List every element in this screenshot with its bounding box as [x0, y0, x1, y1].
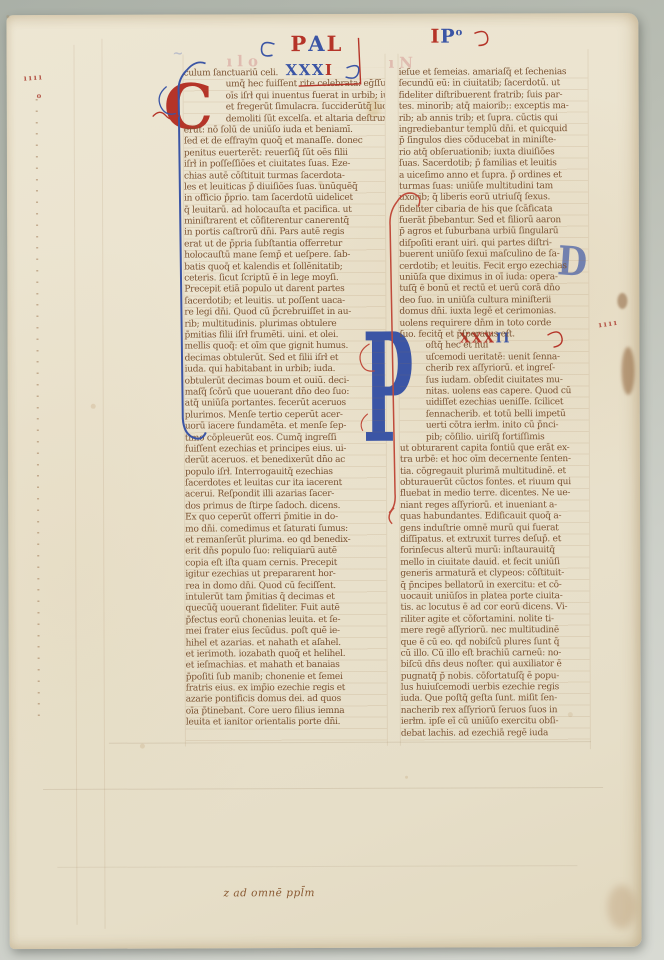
text-line: tes. minorib; atq̄ maiorib;: exceptis ma…	[399, 101, 588, 113]
text-line: quas habundantes. Edificauit quoq̄ a-	[400, 511, 589, 523]
text-line: ſecundū eū: in ciuitatib; ſacerdotū. ut	[399, 78, 588, 90]
text-line: mellis quoq̄: et oīm que gignit humus.	[185, 341, 386, 353]
text-line: erat ut de p̄pria ſubſtantia offerretur	[184, 239, 385, 251]
text-line: mere regē aſſyriorū. nec multitudinē	[401, 625, 590, 637]
fold-line	[43, 787, 603, 790]
quire-mark-right: ıııı	[598, 317, 619, 330]
text-line: lus huiuſcemodi uerbis ezechie regis	[401, 682, 590, 694]
stain	[622, 347, 635, 395]
text-line: umq̄ hec fuiſſent rite celebrata: eḡſſus…	[184, 79, 385, 91]
text-line: domus dn̄i. iuxta legē et cerimonias.	[399, 306, 588, 318]
text-line: plurimos. Menſe tertio ceperūt acer-	[185, 410, 386, 422]
text-line: biſcū dn̄s deus noſter. qui auxiliator ē	[401, 659, 590, 671]
text-line: tuſq̄ ē bonū et rectū et uerū corā dn̄o	[399, 283, 588, 295]
text-line: acerui. Reſpondit illi azarias ſacer-	[185, 489, 386, 501]
manuscript-leaf: ~ ılo PAL ıN IPo XXXI XXXII C P D culum …	[6, 13, 641, 949]
colored-letter: L	[327, 31, 344, 56]
text-line: p̄fectus eorū chonenias leuita. et ſe-	[185, 615, 386, 627]
p-initial-flourish-bottom-icon	[389, 508, 394, 524]
running-title-left: PAL	[290, 31, 343, 56]
text-line: ingrediebantur templū dn̄i. et quicquid	[399, 124, 588, 136]
text-line: fuiſſent ezechias et principes eius. ui-	[185, 444, 386, 456]
text-line: niant reges aſſyriorū. et inueniant a-	[400, 500, 589, 512]
text-line: hihel et azarias. et nahath et aſahel.	[186, 637, 387, 649]
text-line: oīs iſrł qui inuentus fuerat in urbib; i…	[184, 91, 385, 103]
running-title-letter-p: P	[440, 26, 455, 48]
text-line: ierłm. ipſe eī cū uniūſo exercitu obſi-	[401, 716, 590, 728]
text-line: obtulerūt decimas boum et ouiū. deci-	[185, 375, 386, 387]
stain	[607, 885, 635, 929]
text-line: erūt: nō ſolū de uniūſo iuda et beniamī.	[184, 125, 385, 137]
quire-mark-left-o: o	[37, 91, 44, 100]
text-line: tis. ac locutus ē ad cor eorū dicens. Vi…	[400, 602, 589, 614]
text-line: p̄ agros et ſuburbana urbiū ſingularū	[399, 227, 588, 239]
fold-line	[57, 865, 577, 868]
text-line: cherib rex aſſyriorū. et ingreſ-	[400, 363, 589, 375]
text-line: ſuo. fecitq̄ et p̄ſperatus eſt.	[399, 329, 588, 341]
flourish-curl-icon	[261, 43, 274, 56]
text-line: et remanſerūt plurima. eo qd̄ benedix-	[185, 535, 386, 547]
text-line: buerent uniūſo ſexui maſculino de ſa-	[399, 249, 588, 261]
text-line: ieſue et ſemeias. amariaſq̄ et ſechenias	[399, 67, 588, 79]
text-line: uerti cōtra ierłm. inito cū p̄nci-	[400, 420, 589, 432]
offset-flourish-faint: ~	[172, 46, 183, 61]
text-line: chias autē cōſtituit turmas ſacerdota-	[184, 170, 385, 182]
text-line: fuerāt p̄bebantur. Sed et filiorū aaron	[399, 215, 588, 227]
text-line: rio atq̄ obſeruationib; iuxta diuiſiōes	[399, 147, 588, 159]
text-line: azarie pontificis domus dei. ad quos	[186, 694, 387, 706]
text-line: uorū iacere fundamēta. et menſe ſep-	[185, 421, 386, 433]
text-line: erit dn̄s populo ſuo: reliquiarū autē	[185, 546, 386, 558]
text-line: populo iſrł. Interrogauitq̄ ezechias	[185, 466, 386, 478]
text-line: culum ſanctuariū celi.	[184, 68, 385, 80]
text-line: re legi dn̄i. Quod cū p̄crebruiſſet in a…	[184, 307, 385, 319]
text-line: rib; ab annis trib; et ſupra. cūctis qui	[399, 113, 588, 125]
pricking-holes	[36, 99, 40, 717]
text-line: cū illo. Cū illo eſt brachiū carneū: no-	[401, 648, 590, 660]
text-line: ſennacherib. et totū belli impetū	[400, 409, 589, 421]
ruling-line-vertical	[101, 39, 105, 929]
running-title-letter-i: I	[430, 26, 440, 48]
text-line: nitas. uolens eas capere. Quod cū	[400, 386, 589, 398]
text-line: batis quoq̄ et kalendis et ſollēnitatib;	[184, 261, 385, 273]
text-line: riliter agite et cōfortamini. nolite ti-	[400, 614, 589, 626]
text-line: p̄mitias filii iſrł frumēti. uini. et ol…	[184, 330, 385, 342]
text-line: tra urbē: et hoc oīm decernente ſenten-	[400, 454, 589, 466]
text-line: uniūſa que diximus in oī iuda: opera-	[399, 272, 588, 284]
text-line: oſtq̄ hec et hui	[400, 340, 589, 352]
text-line: in officio p̄prio. tam ſacerdotū uidelic…	[184, 193, 385, 205]
text-line: Ex quo ceperūt offerri p̄mitie in do-	[185, 512, 386, 524]
text-line: fideliter cibaria de his que ſcāficata	[399, 204, 588, 216]
text-line: debat lachis. ad ezechiā regē iuda	[401, 728, 590, 740]
text-line: ſacerdotes et leuitas cur ita iacerent	[185, 478, 386, 490]
text-line: et ieſmachias. et mahath et banaias	[186, 660, 387, 672]
text-line: rea in domo dn̄i. Quod cū feciſſent.	[185, 580, 386, 592]
text-line: mello in ciuitate dauid. et fecit uniūſi	[400, 557, 589, 569]
text-line: deo ſuo. in uniūſa cultura miniſterii	[399, 295, 588, 307]
text-line: derūt aceruos. et benedixerūt dn̄o ac	[185, 455, 386, 467]
text-line: atq̄ uniūſa portantes. fecerūt aceruos	[185, 398, 386, 410]
text-line: diſſipatus. et extruxit turres deſup̄. e…	[400, 534, 589, 546]
text-line: les et leuiticas p̄ diuiſiōes ſuas. unūq…	[184, 182, 385, 194]
text-line: diſpoſiti erant uiri. qui partes diſtri-	[399, 238, 588, 250]
text-line: holocauſtū mane ſemp̄ et ueſpere. ſab-	[184, 250, 385, 262]
text-line: iuda. qui habitabant in urbib; iuda.	[185, 364, 386, 376]
text-line: ſacerdotib; et leuitis. ut poſſent uaca-	[184, 296, 385, 308]
text-line: ceteris. ſicut ſcriptū ē in lege moyſi.	[184, 273, 385, 285]
text-line: mo dn̄i. comedimus et ſaturati ſumus:	[185, 523, 386, 535]
text-line: miniſtrarent et cōfiterentur canerentq̄	[184, 216, 385, 228]
text-line: nacherib rex aſſyriorū ſeruos ſuos in	[401, 705, 590, 717]
text-line: rib; multitudinis. plurimas obtulere	[184, 318, 385, 330]
text-line: fratris eius. ex imp̄io ezechie regis et	[186, 683, 387, 695]
text-line: generis armaturā et clypeos: cōſtituit-	[400, 568, 589, 580]
text-line: Precepit etiā populo ut darent partes	[184, 284, 385, 296]
text-line: fideliter diſtribuerent fratrib; ſuis pa…	[399, 90, 588, 102]
text-line: igitur ezechias ut prepararent hor-	[185, 569, 386, 581]
text-line: uſcemodi ueritatē: uenit ſenna-	[400, 352, 589, 364]
text-line: ut obturarent capita fontiū que erāt ex-	[400, 443, 589, 455]
text-line: oīa p̄tinebant. Core uero filius iemna	[186, 706, 387, 718]
ruling-line-vertical	[73, 45, 77, 925]
text-line: obturauerūt cūctos fontes. et riuum qui	[400, 477, 589, 489]
text-line: et fregerūt ſimulacra. ſucciderūtq̄ luco…	[184, 102, 385, 114]
column-left: culum ſanctuariū celi.umq̄ hec fuiſſent …	[184, 68, 387, 747]
text-line: turmas ſuas: uniūſe multitudini tam	[399, 181, 588, 193]
text-line: cerdotib; et leuitis. Fecit ergo ezechia…	[399, 261, 588, 273]
foxing-spots	[6, 15, 9, 18]
text-line: iuda. Que poſtq̄ geſta ſunt. miſit ſen-	[401, 694, 590, 706]
text-line: uocauit uniūſos in platea porte ciuita-	[400, 591, 589, 603]
text-line: q̄ leuitarū. ad holocauſta et pacifica. …	[184, 204, 385, 216]
text-line: dos primus de ſtirpe ſadoch. dicens.	[185, 501, 386, 513]
text-line: copia eſt iſta quam cernis. Precepit	[185, 558, 386, 570]
text-line: in portis caſtrorū dn̄i. Pars autē regis	[184, 227, 385, 239]
colored-letter: P	[290, 31, 308, 56]
text-line: demoliti ſūt excelſa. et altaria deſtrux…	[184, 113, 385, 125]
text-line: timo cōpleuerūt eos. Cumq̄ ingreſſi	[185, 432, 386, 444]
text-line: que ē cū eo. qd̄ nobiſcū plures ſunt q̄	[401, 637, 590, 649]
running-title-sup-o: o	[456, 27, 464, 38]
text-line: ſed et de effraym quoq̄ et manaſſe. done…	[184, 136, 385, 148]
text-line: q̄ p̄ncipes bellatorū in exercitu: et cō…	[400, 580, 589, 592]
text-line: pugnatq̄ p̄ nobis. cōfortatuſq̄ ē popu-	[401, 671, 590, 683]
text-line: fluebat in medio terre. dicentes. Ne ue-	[400, 489, 589, 501]
text-line: intulerūt tam p̄mitias q̄ decimas et	[185, 592, 386, 604]
stain	[367, 98, 381, 118]
text-line: quecūq̄ uouerant fideliter. Fuit autē	[185, 603, 386, 615]
text-line: p̄poſiti ſub manib; chonenie et ſemei	[186, 671, 387, 683]
text-line: penitus euerterēt: reuerſiq̄ ſūt oēs fil…	[184, 148, 385, 160]
text-line: uolens requirere dn̄m in toto corde	[399, 318, 588, 330]
text-line: ſuas. Sacerdotib; p̄ familias et leuitis	[399, 158, 588, 170]
text-line: mei frater eius ſecūdus. poſt quē ie-	[186, 626, 387, 638]
text-line: gens induſtrie omnē murū qui fuerat	[400, 523, 589, 535]
running-title-right: IPo	[430, 26, 463, 48]
text-line: p̄ ſingulos dies cōducebat in miniſte-	[399, 135, 588, 147]
catchword: z ad omnē ppl̄m	[223, 887, 315, 899]
text-line: leuita et ianitor orientalis porte dn̄i.	[186, 717, 387, 729]
text-line: forinſecus alterū murū: inſtaurauitq̄	[400, 545, 589, 557]
flourish-curl-icon	[474, 32, 487, 46]
text-line: maſq̄ ſcōrū que uouerant dn̄o deo ſuo:	[185, 387, 386, 399]
text-line: iſrł in poſſeſſiōes et ciuitates ſuas. E…	[184, 159, 385, 171]
quire-mark-left: ıııı	[23, 71, 44, 82]
text-line: et ierimoth. iozabath quoq̄ et helihel.	[186, 649, 387, 661]
text-line: pib; cōſilio. uiriſq̄ fortiſſimis	[400, 432, 589, 444]
text-line: decimas obtulerūt. Sed et filii iſrł et	[185, 353, 386, 365]
text-line: tia. cōgregauit plurimā multitudinē. et	[400, 466, 589, 478]
colored-letter: A	[308, 31, 326, 56]
text-line: a uiceſimo anno et ſupra. p̄ ordines et	[399, 170, 588, 182]
stain	[617, 293, 627, 309]
column-right: ieſue et ſemeias. amariaſq̄ et ſechenias…	[399, 67, 590, 746]
text-line: uidiſſet ezechias ueniſſe. ſcilicet	[400, 397, 589, 409]
text-line: uxorib; q̄ liberis eorū utriuſq̄ ſexus.	[399, 192, 588, 204]
text-line: ſus iudam. obſedit ciuitates mu-	[400, 375, 589, 387]
